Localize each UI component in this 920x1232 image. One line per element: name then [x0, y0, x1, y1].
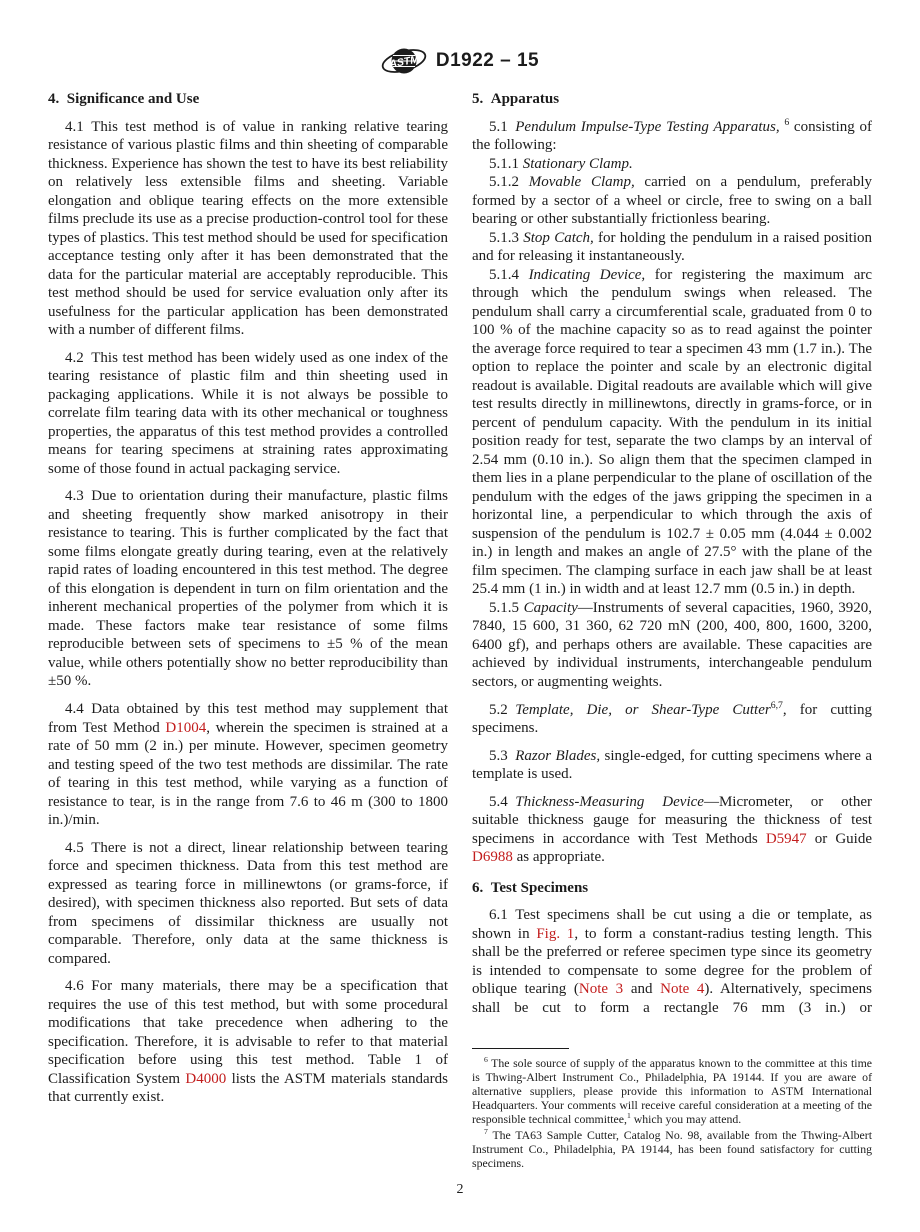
- text-run: Razor Blades,: [515, 748, 600, 764]
- para-5-3: 5.3 Razor Blades, single-edged, for cutt…: [472, 747, 872, 784]
- reference-link-D1004[interactable]: D1004: [165, 720, 206, 736]
- text-run: 5.1.3: [489, 230, 523, 246]
- para-5-2: 5.2 Template, Die, or Shear-Type Cutter6…: [472, 701, 872, 738]
- text-run: Thickness-Measuring Device: [515, 794, 704, 810]
- para-5-1-5: 5.1.5 Capacity—Instruments of several ca…: [472, 599, 872, 692]
- right-column-text: 5. Apparatus5.1 Pendulum Impulse-Type Te…: [472, 90, 872, 1017]
- text-run: 5.1: [489, 119, 515, 135]
- text-run: 4. Significance and Use: [48, 91, 199, 107]
- para-5-4: 5.4 Thickness-Measuring Device—Micromete…: [472, 793, 872, 867]
- footnote-marker: 6,7: [771, 700, 783, 711]
- para-5-1-2: 5.1.2 Movable Clamp, carried on a pendul…: [472, 173, 872, 229]
- text-run: Indicating Device,: [529, 267, 646, 283]
- reference-link-Fig-1[interactable]: Fig. 1: [536, 926, 574, 942]
- footnote-6: 6 The sole source of supply of the appar…: [472, 1056, 872, 1127]
- page-number: 2: [0, 1182, 920, 1198]
- text-run: 6. Test Specimens: [472, 880, 588, 896]
- left-column: 4. Significance and Use4.1 This test met…: [48, 90, 448, 1170]
- text-run: The TA63 Sample Cutter, Catalog No. 98, …: [472, 1128, 872, 1170]
- footnotes-section: 6 The sole source of supply of the appar…: [472, 1042, 872, 1170]
- right-column: 5. Apparatus5.1 Pendulum Impulse-Type Te…: [472, 90, 872, 1170]
- footnote-divider: [472, 1048, 569, 1049]
- para-5-1-3: 5.1.3 Stop Catch, for holding the pendul…: [472, 229, 872, 266]
- section-heading-4: 4. Significance and Use: [48, 90, 448, 109]
- para-4-4: 4.4 Data obtained by this test method ma…: [48, 700, 448, 830]
- text-run: 5.3: [489, 748, 515, 764]
- reference-link-Note-4[interactable]: Note 4: [660, 981, 704, 997]
- text-run: or Guide: [807, 831, 872, 847]
- text-run: 5.2: [489, 702, 515, 718]
- document-code: D1922 – 15: [436, 50, 539, 72]
- text-run: and: [623, 981, 660, 997]
- footnote-7: 7 The TA63 Sample Cutter, Catalog No. 98…: [472, 1128, 872, 1170]
- para-4-2: 4.2 This test method has been widely use…: [48, 349, 448, 479]
- para-4-1: 4.1 This test method is of value in rank…: [48, 118, 448, 340]
- page-header: ASTM D1922 – 15: [0, 44, 920, 78]
- para-5-1-4: 5.1.4 Indicating Device, for registering…: [472, 266, 872, 599]
- para-6-1: 6.1 Test specimens shall be cut using a …: [472, 906, 872, 1017]
- text-run: 5.1.1: [489, 156, 523, 172]
- text-run: 4.2 This test method has been widely use…: [48, 350, 448, 477]
- text-run: 5.4: [489, 794, 515, 810]
- text-run: as appropriate.: [513, 849, 605, 865]
- para-5-1-1: 5.1.1 Stationary Clamp.: [472, 155, 872, 174]
- text-run: Capacity: [524, 600, 578, 616]
- astm-globe-logo-icon: ASTM: [381, 44, 427, 78]
- para-4-3: 4.3 Due to orientation during their manu…: [48, 487, 448, 691]
- reference-link-D6988[interactable]: D6988: [472, 849, 513, 865]
- text-run: 4.3 Due to orientation during their manu…: [48, 488, 448, 689]
- reference-link-Note-3[interactable]: Note 3: [579, 981, 623, 997]
- section-heading-5: 5. Apparatus: [472, 90, 872, 109]
- text-run: Stationary Clamp.: [523, 156, 633, 172]
- text-run: 5.1.2: [489, 174, 529, 190]
- reference-link-D5947[interactable]: D5947: [766, 831, 807, 847]
- reference-link-D4000[interactable]: D4000: [185, 1071, 226, 1087]
- para-4-5: 4.5 There is not a direct, linear relati…: [48, 839, 448, 969]
- text-run: for registering the maximum arc through …: [472, 267, 872, 598]
- document-page: ASTM D1922 – 15 4. Significance and Use4…: [0, 0, 920, 1232]
- para-5-1: 5.1 Pendulum Impulse-Type Testing Appara…: [472, 118, 872, 155]
- left-column-text: 4. Significance and Use4.1 This test met…: [48, 90, 448, 1107]
- text-run: 5.1.4: [489, 267, 529, 283]
- text-run: Pendulum Impulse-Type Testing Apparatus,: [515, 119, 779, 135]
- text-run: which you may attend.: [631, 1112, 741, 1126]
- text-run: Stop Catch,: [523, 230, 594, 246]
- section-heading-6: 6. Test Specimens: [472, 879, 872, 898]
- para-4-6: 4.6 For many materials, there may be a s…: [48, 977, 448, 1107]
- text-run: 5. Apparatus: [472, 91, 559, 107]
- text-run: Movable Clamp,: [529, 174, 635, 190]
- text-run: Template, Die, or Shear-Type Cutter: [515, 702, 770, 718]
- two-column-body: 4. Significance and Use4.1 This test met…: [48, 90, 872, 1170]
- text-run: 5.1.5: [489, 600, 524, 616]
- text-run: 4.1 This test method is of value in rank…: [48, 119, 448, 339]
- text-run: 4.5 There is not a direct, linear relati…: [48, 840, 448, 967]
